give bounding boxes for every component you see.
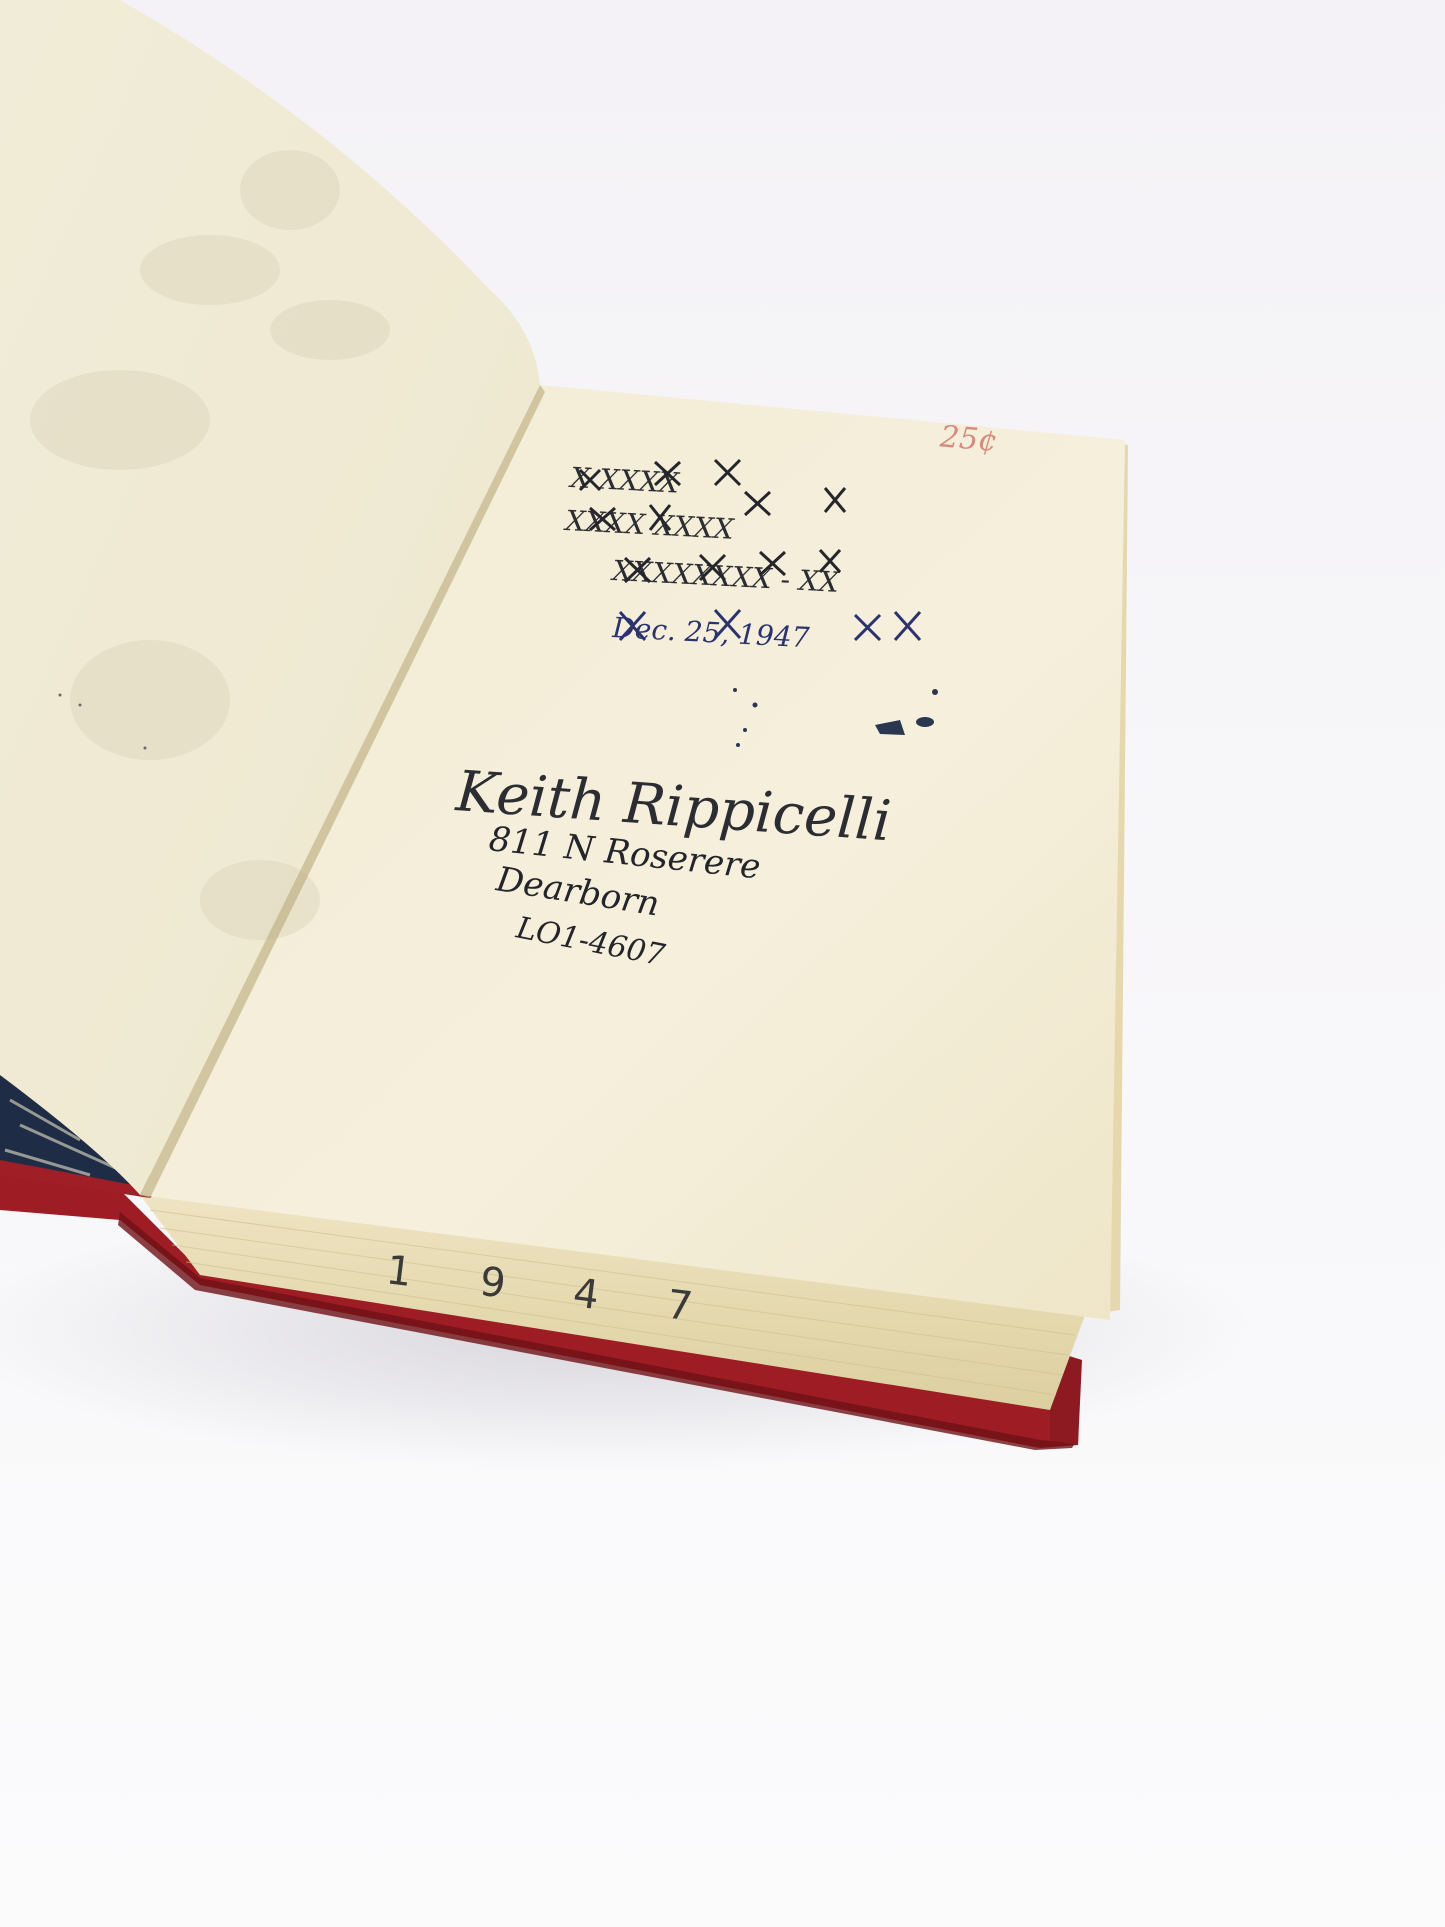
book-photo: 25¢ X XXXX XXXX XXXX XXXXXXXX - XX Dec. …	[0, 0, 1445, 1927]
book-illustration: 25¢ X XXXX XXXX XXXX XXXXXXXX - XX Dec. …	[0, 0, 1445, 1927]
crossed-line-1: X XXXX	[568, 461, 681, 500]
pencil-price-note: 25¢	[938, 419, 999, 459]
